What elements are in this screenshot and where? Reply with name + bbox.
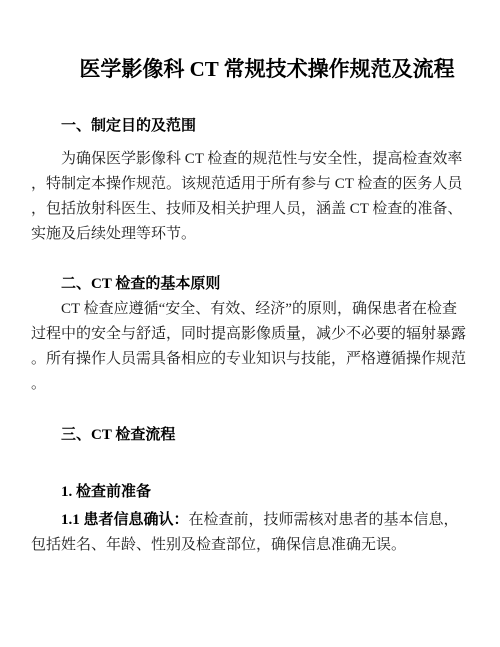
clause-1-1: 1.1 患者信息确认：在检查前，技师需核对患者的基本信息， 包括姓名、年龄、性别… [31,508,470,558]
section-1-paragraph: 为确保医学影像科 CT 检查的规范性与安全性，提高检查效率 ，特制定本操作规范。… [31,147,470,247]
section-exam-workflow: 三、CT 检查流程 1. 检查前准备 1.1 患者信息确认：在检查前，技师需核对… [31,423,470,558]
section-1-heading: 一、制定目的及范围 [31,114,470,139]
section-3-heading: 三、CT 检查流程 [31,423,470,448]
section-2-heading: 二、CT 检查的基本原则 [31,272,470,297]
document-title: 医学影像科 CT 常规技术操作规范及流程 [31,56,470,83]
document-page: 医学影像科 CT 常规技术操作规范及流程 一、制定目的及范围 为确保医学影像科 … [0,0,500,647]
clause-1-1-label: 1.1 患者信息确认： [61,512,189,528]
subsection-pre-exam-heading: 1. 检查前准备 [31,480,470,505]
section-basic-principles: 二、CT 检查的基本原则 CT 检查应遵循“安全、有效、经济”的原则，确保患者在… [31,272,470,397]
section-purpose-scope: 一、制定目的及范围 为确保医学影像科 CT 检查的规范性与安全性，提高检查效率 … [31,114,470,247]
section-2-paragraph: CT 检查应遵循“安全、有效、经济”的原则，确保患者在检查 过程中的安全与舒适，… [31,297,470,397]
